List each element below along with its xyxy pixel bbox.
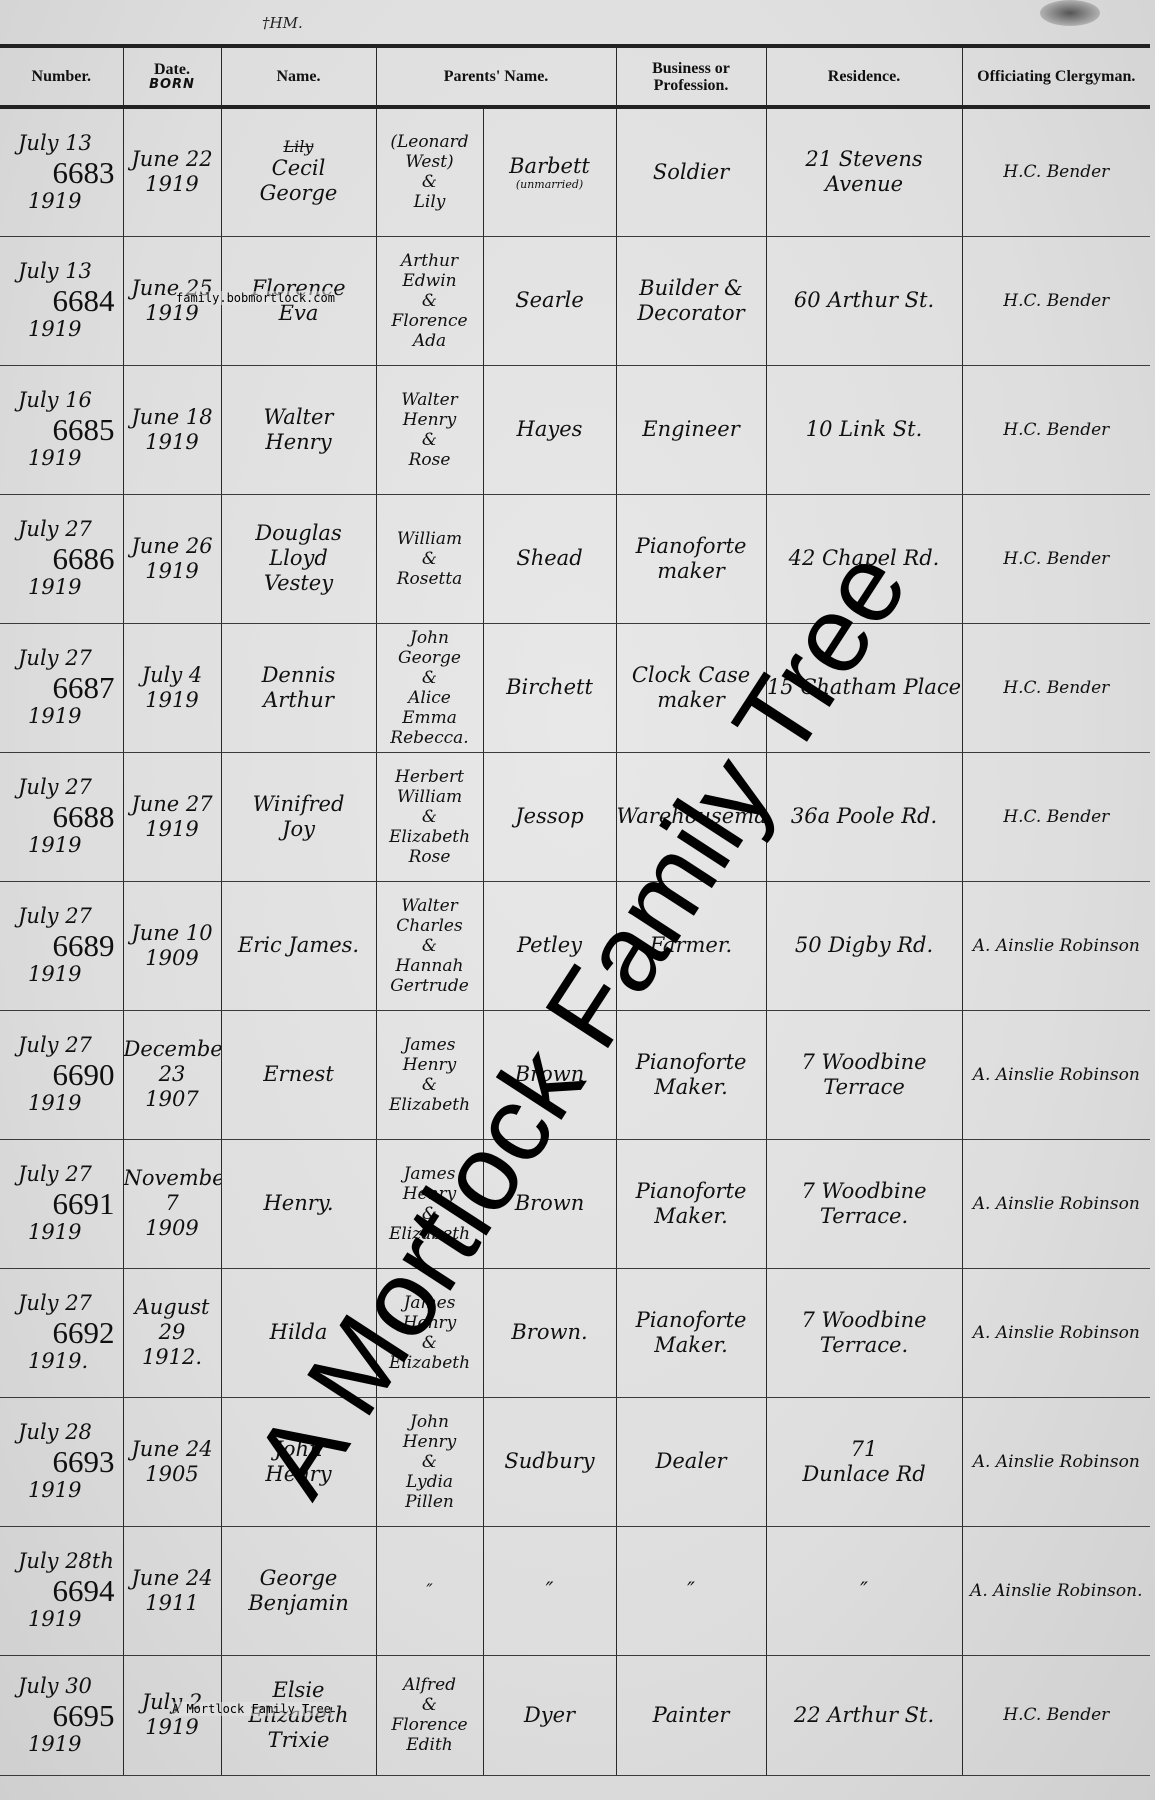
birth-year: 1905 bbox=[124, 1462, 221, 1487]
child-name-line: Dennis bbox=[222, 663, 376, 688]
child-name-cell: WalterHenry bbox=[221, 365, 376, 494]
clergyman-cell: H.C. Bender bbox=[962, 494, 1150, 623]
table-row: July 1366831919June 221919LilyCecilGeorg… bbox=[0, 107, 1150, 236]
parent-name-line: ″ bbox=[377, 1581, 483, 1601]
child-name-line: Trixie bbox=[222, 1728, 376, 1753]
birth-year: 1911 bbox=[124, 1591, 221, 1616]
registration-year: 1919 bbox=[18, 189, 123, 214]
birth-date-cell: June 271919 bbox=[123, 752, 221, 881]
birth-day: June 24 bbox=[124, 1566, 221, 1591]
registration-year: 1919 bbox=[18, 575, 123, 600]
parent-name-line: Henry bbox=[377, 1432, 483, 1452]
parent-name-line: Elizabeth bbox=[377, 1353, 483, 1373]
surname: Barbett bbox=[509, 154, 590, 178]
clergyman-name: A. Ainslie Robinson bbox=[973, 1452, 1140, 1472]
parent-name-line: Lydia bbox=[377, 1472, 483, 1492]
parent-name-line: & bbox=[377, 668, 483, 688]
child-name-cell: JohnHenry bbox=[221, 1397, 376, 1526]
parent-name-line: Florence bbox=[377, 311, 483, 331]
birth-date-cell: December 231907 bbox=[123, 1010, 221, 1139]
surname-cell: Hayes bbox=[483, 365, 616, 494]
clergyman-cell: A. Ainslie Robinson. bbox=[962, 1526, 1150, 1655]
profession-cell: PianoforteMaker. bbox=[616, 1139, 766, 1268]
profession-line: maker bbox=[617, 559, 766, 584]
clergyman-cell: H.C. Bender bbox=[962, 107, 1150, 236]
residence-line: Terrace. bbox=[767, 1333, 962, 1358]
entry-number: 6688 bbox=[18, 800, 123, 833]
residence-cell: 21 StevensAvenue bbox=[766, 107, 962, 236]
residence-line: 36a Poole Rd. bbox=[767, 804, 962, 829]
child-name-line: Douglas bbox=[222, 521, 376, 546]
birth-date-cell: June 241911 bbox=[123, 1526, 221, 1655]
profession-cell: Engineer bbox=[616, 365, 766, 494]
parent-name-line: Gertrude bbox=[377, 976, 483, 996]
header-number: Number. bbox=[0, 46, 123, 107]
entry-number-cell: July 28th66941919 bbox=[0, 1526, 123, 1655]
clergyman-name: H.C. Bender bbox=[1003, 807, 1109, 827]
parents-names-cell: JohnHenry&LydiaPillen bbox=[376, 1397, 483, 1526]
registration-date: July 27 bbox=[18, 1033, 123, 1058]
birth-day: August 29 bbox=[124, 1295, 221, 1345]
entry-number: 6686 bbox=[18, 542, 123, 575]
child-name-line: George bbox=[222, 1566, 376, 1591]
parent-name-line: Edwin bbox=[377, 271, 483, 291]
clergyman-cell: H.C. Bender bbox=[962, 365, 1150, 494]
parents-names-cell: WalterHenry&Rose bbox=[376, 365, 483, 494]
parent-name-line: & bbox=[377, 430, 483, 450]
parent-name-line: Elizabeth bbox=[377, 1224, 483, 1244]
parents-names-cell: WalterCharles&HannahGertrude bbox=[376, 881, 483, 1010]
profession-line: Builder & bbox=[617, 276, 766, 301]
child-name-line: Lloyd bbox=[222, 546, 376, 571]
child-name-line: Henry. bbox=[222, 1191, 376, 1216]
residence-line: 60 Arthur St. bbox=[767, 288, 962, 313]
parents-names-cell: (Leonard West)&Lily bbox=[376, 107, 483, 236]
parent-name-line: Alice bbox=[377, 688, 483, 708]
parent-name-line: Henry bbox=[377, 1055, 483, 1075]
child-name-cell: DouglasLloydVestey bbox=[221, 494, 376, 623]
profession-line: maker bbox=[617, 688, 766, 713]
birth-day: June 18 bbox=[124, 405, 221, 430]
registration-year: 1919 bbox=[18, 317, 123, 342]
registration-date: July 27 bbox=[18, 1291, 123, 1316]
surname-cell: Sudbury bbox=[483, 1397, 616, 1526]
residence-line: 15 Chatham Place bbox=[767, 675, 962, 700]
birth-day: June 27 bbox=[124, 792, 221, 817]
entry-number: 6683 bbox=[18, 156, 123, 189]
child-name-line: Henry bbox=[222, 430, 376, 455]
header-business: Business or Profession. bbox=[616, 46, 766, 107]
surname-cell: Birchett bbox=[483, 623, 616, 752]
parent-name-line: & bbox=[377, 291, 483, 311]
parent-name-line: & bbox=[377, 1452, 483, 1472]
struck-name: Lily bbox=[222, 138, 376, 156]
profession-cell: PianoforteMaker. bbox=[616, 1010, 766, 1139]
header-date: Date. BORN bbox=[123, 46, 221, 107]
parent-name-line: Edith bbox=[377, 1735, 483, 1755]
clergyman-name: A. Ainslie Robinson bbox=[973, 936, 1140, 956]
birth-date-cell: June 101909 bbox=[123, 881, 221, 1010]
table-row: July 2866931919June 241905JohnHenryJohnH… bbox=[0, 1397, 1150, 1526]
registration-year: 1919 bbox=[18, 1732, 123, 1757]
baptism-register-table: Number. Date. BORN Name. Parents' Name. … bbox=[0, 44, 1150, 1776]
residence-cell: 22 Arthur St. bbox=[766, 1655, 962, 1775]
profession-cell: Dealer bbox=[616, 1397, 766, 1526]
parent-name-line: George bbox=[377, 648, 483, 668]
birth-date-cell: June 221919 bbox=[123, 107, 221, 236]
registration-year: 1919 bbox=[18, 962, 123, 987]
profession-cell: PianoforteMaker. bbox=[616, 1268, 766, 1397]
header-name: Name. bbox=[221, 46, 376, 107]
birth-year: 1919 bbox=[124, 172, 221, 197]
entry-number: 6695 bbox=[18, 1699, 123, 1732]
table-row: July 2766921919.August 291912.HildaJames… bbox=[0, 1268, 1150, 1397]
registration-date: July 30 bbox=[18, 1674, 123, 1699]
clergyman-name: H.C. Bender bbox=[1003, 291, 1109, 311]
registration-date: July 27 bbox=[18, 646, 123, 671]
parent-name-line: Pillen bbox=[377, 1492, 483, 1512]
parent-name-line: & bbox=[377, 172, 483, 192]
table-row: July 2766911919November 71909Henry.James… bbox=[0, 1139, 1150, 1268]
birth-day: June 24 bbox=[124, 1437, 221, 1462]
surname: Dyer bbox=[524, 1703, 575, 1727]
parent-name-line: & bbox=[377, 1075, 483, 1095]
child-name-cell: LilyCecilGeorge bbox=[221, 107, 376, 236]
birth-day: June 22 bbox=[124, 147, 221, 172]
child-name-line: Winifred bbox=[222, 792, 376, 817]
entry-number-cell: July 1366841919 bbox=[0, 236, 123, 365]
clergyman-name: H.C. Bender bbox=[1003, 420, 1109, 440]
entry-number-cell: July 1366831919 bbox=[0, 107, 123, 236]
registration-date: July 13 bbox=[18, 131, 123, 156]
parent-name-line: Walter bbox=[377, 390, 483, 410]
surname-cell: Shead bbox=[483, 494, 616, 623]
clergyman-cell: A. Ainslie Robinson bbox=[962, 881, 1150, 1010]
parents-names-cell: JohnGeorge&AliceEmma Rebecca. bbox=[376, 623, 483, 752]
birth-year: 1907 bbox=[124, 1087, 221, 1112]
registration-date: July 27 bbox=[18, 775, 123, 800]
parent-name-line: Hannah bbox=[377, 956, 483, 976]
parents-names-cell: Alfred&FlorenceEdith bbox=[376, 1655, 483, 1775]
registration-date: July 27 bbox=[18, 1162, 123, 1187]
entry-number-cell: July 2766861919 bbox=[0, 494, 123, 623]
surname: Brown bbox=[515, 1062, 585, 1086]
registration-year: 1919 bbox=[18, 1607, 123, 1632]
birth-year: 1919 bbox=[124, 559, 221, 584]
parents-names-cell: JamesHenry&Elizabeth bbox=[376, 1139, 483, 1268]
surname-cell: ″ bbox=[483, 1526, 616, 1655]
residence-line: 42 Chapel Rd. bbox=[767, 546, 962, 571]
surname: Brown bbox=[515, 1191, 585, 1215]
entry-number-cell: July 2866931919 bbox=[0, 1397, 123, 1526]
profession-line: Maker. bbox=[617, 1333, 766, 1358]
birth-day: November 7 bbox=[124, 1166, 221, 1216]
profession-line: Farmer. bbox=[617, 933, 766, 958]
birth-date-cell: June 261919 bbox=[123, 494, 221, 623]
residence-cell: 7 WoodbineTerrace bbox=[766, 1010, 962, 1139]
child-name-line: Vestey bbox=[222, 571, 376, 596]
table-row: July 2766871919July 41919DennisArthurJoh… bbox=[0, 623, 1150, 752]
registration-date: July 28 bbox=[18, 1420, 123, 1445]
entry-number-cell: July 2766921919. bbox=[0, 1268, 123, 1397]
clergyman-cell: H.C. Bender bbox=[962, 623, 1150, 752]
clergyman-cell: H.C. Bender bbox=[962, 1655, 1150, 1775]
parent-name-line: Rose bbox=[377, 450, 483, 470]
entry-number-cell: July 2766911919 bbox=[0, 1139, 123, 1268]
residence-cell: 7 WoodbineTerrace. bbox=[766, 1139, 962, 1268]
residence-cell: 36a Poole Rd. bbox=[766, 752, 962, 881]
profession-line: Maker. bbox=[617, 1204, 766, 1229]
parent-name-line: Henry bbox=[377, 1184, 483, 1204]
child-name-line: Eric James. bbox=[222, 933, 376, 958]
registration-year: 1919 bbox=[18, 1220, 123, 1245]
child-name-cell: Hilda bbox=[221, 1268, 376, 1397]
entry-number: 6692 bbox=[18, 1316, 123, 1349]
parent-name-line: John bbox=[377, 628, 483, 648]
profession-line: ″ bbox=[617, 1578, 766, 1603]
parent-name-line: James bbox=[377, 1035, 483, 1055]
surname-cell: Barbett(unmarried) bbox=[483, 107, 616, 236]
registration-date: July 27 bbox=[18, 904, 123, 929]
surname: Sudbury bbox=[504, 1449, 594, 1473]
surname: Jessop bbox=[515, 804, 584, 828]
birth-day: December 23 bbox=[124, 1037, 221, 1087]
child-name-line: Hilda bbox=[222, 1320, 376, 1345]
birth-year: 1919 bbox=[124, 688, 221, 713]
birth-year: 1909 bbox=[124, 1216, 221, 1241]
child-name-cell: DennisArthur bbox=[221, 623, 376, 752]
residence-line: Terrace. bbox=[767, 1204, 962, 1229]
clergyman-name: A. Ainslie Robinson. bbox=[970, 1581, 1142, 1601]
clergyman-cell: A. Ainslie Robinson bbox=[962, 1268, 1150, 1397]
profession-line: Pianoforte bbox=[617, 1308, 766, 1333]
birth-date-cell: November 71909 bbox=[123, 1139, 221, 1268]
profession-cell: Pianofortemaker bbox=[616, 494, 766, 623]
entry-number: 6689 bbox=[18, 929, 123, 962]
child-name-line: Benjamin bbox=[222, 1591, 376, 1616]
parent-name-line: & bbox=[377, 936, 483, 956]
parent-name-line: John bbox=[377, 1412, 483, 1432]
surname: Searle bbox=[515, 288, 584, 312]
parents-names-cell: ArthurEdwin&FlorenceAda bbox=[376, 236, 483, 365]
surname-cell: Brown bbox=[483, 1139, 616, 1268]
birth-date-cell: June 241905 bbox=[123, 1397, 221, 1526]
residence-cell: 7 WoodbineTerrace. bbox=[766, 1268, 962, 1397]
profession-cell: Painter bbox=[616, 1655, 766, 1775]
birth-year: 1919 bbox=[124, 817, 221, 842]
profession-cell: Builder &Decorator bbox=[616, 236, 766, 365]
child-name-line: Walter bbox=[222, 405, 376, 430]
page-mark: †HM. bbox=[262, 14, 303, 32]
table-row: July 2766891919June 101909Eric James.Wal… bbox=[0, 881, 1150, 1010]
profession-cell: Warehouseman bbox=[616, 752, 766, 881]
clergyman-name: A. Ainslie Robinson bbox=[973, 1323, 1140, 1343]
site-url-overlay: family.bobmortlock.com bbox=[176, 291, 335, 305]
clergyman-name: A. Ainslie Robinson bbox=[973, 1194, 1140, 1214]
profession-cell: ″ bbox=[616, 1526, 766, 1655]
registration-year: 1919 bbox=[18, 1478, 123, 1503]
surname: Brown. bbox=[511, 1320, 587, 1344]
profession-line: Decorator bbox=[617, 301, 766, 326]
residence-cell: 71Dunlace Rd bbox=[766, 1397, 962, 1526]
clergyman-name: H.C. Bender bbox=[1003, 678, 1109, 698]
parents-names-cell: JamesHenry&Elizabeth bbox=[376, 1268, 483, 1397]
child-name-line: Henry bbox=[222, 1462, 376, 1487]
parent-name-line: Elizabeth bbox=[377, 1095, 483, 1115]
profession-line: Pianoforte bbox=[617, 1179, 766, 1204]
parent-name-line: & bbox=[377, 549, 483, 569]
parent-name-line: Henry bbox=[377, 410, 483, 430]
entry-number-cell: July 2766891919 bbox=[0, 881, 123, 1010]
child-name-cell: Ernest bbox=[221, 1010, 376, 1139]
parents-names-cell: HerbertWilliam&ElizabethRose bbox=[376, 752, 483, 881]
header-residence: Residence. bbox=[766, 46, 962, 107]
footer-overlay: A Mortlock Family Tree bbox=[172, 1702, 331, 1716]
parent-name-line: Emma Rebecca. bbox=[377, 708, 483, 748]
parent-name-line: Florence bbox=[377, 1715, 483, 1735]
profession-line: Dealer bbox=[617, 1449, 766, 1474]
surname: Birchett bbox=[506, 675, 593, 699]
birth-day: June 10 bbox=[124, 921, 221, 946]
entry-number: 6691 bbox=[18, 1187, 123, 1220]
profession-line: Maker. bbox=[617, 1075, 766, 1100]
profession-line: Soldier bbox=[617, 160, 766, 185]
parent-name-line: (Leonard West) bbox=[377, 132, 483, 172]
residence-line: 10 Link St. bbox=[767, 417, 962, 442]
registration-date: July 13 bbox=[18, 259, 123, 284]
clergyman-cell: H.C. Bender bbox=[962, 752, 1150, 881]
residence-line: 22 Arthur St. bbox=[767, 1703, 962, 1728]
residence-line: 7 Woodbine bbox=[767, 1050, 962, 1075]
parent-name-line: & bbox=[377, 1333, 483, 1353]
child-name-cell: Henry. bbox=[221, 1139, 376, 1268]
table-row: July 2766881919June 271919WinifredJoyHer… bbox=[0, 752, 1150, 881]
profession-line: Pianoforte bbox=[617, 1050, 766, 1075]
child-name-cell: WinifredJoy bbox=[221, 752, 376, 881]
clergyman-cell: A. Ainslie Robinson bbox=[962, 1139, 1150, 1268]
entry-number: 6685 bbox=[18, 413, 123, 446]
entry-number: 6687 bbox=[18, 671, 123, 704]
registration-date: July 16 bbox=[18, 388, 123, 413]
surname: ″ bbox=[546, 1578, 554, 1602]
parent-name-line: & bbox=[377, 1695, 483, 1715]
surname-cell: Jessop bbox=[483, 752, 616, 881]
birth-date-cell: August 291912. bbox=[123, 1268, 221, 1397]
parents-names-cell: William&Rosetta bbox=[376, 494, 483, 623]
residence-line: ″ bbox=[767, 1578, 962, 1603]
residence-line: 50 Digby Rd. bbox=[767, 933, 962, 958]
child-name-line: George bbox=[222, 181, 376, 206]
child-name-line: Joy bbox=[222, 817, 376, 842]
child-name-cell: GeorgeBenjamin bbox=[221, 1526, 376, 1655]
ink-stain bbox=[1040, 0, 1100, 26]
birth-date-cell: July 41919 bbox=[123, 623, 221, 752]
clergyman-name: H.C. Bender bbox=[1003, 162, 1109, 182]
table-row: July 2766901919December 231907ErnestJame… bbox=[0, 1010, 1150, 1139]
parent-name-line: James bbox=[377, 1293, 483, 1313]
parent-name-line: Walter bbox=[377, 896, 483, 916]
child-name-line: Arthur bbox=[222, 688, 376, 713]
surname: Petley bbox=[517, 933, 582, 957]
registration-date: July 28th bbox=[18, 1549, 123, 1574]
profession-cell: Farmer. bbox=[616, 881, 766, 1010]
registration-year: 1919 bbox=[18, 704, 123, 729]
header-row: Number. Date. BORN Name. Parents' Name. … bbox=[0, 46, 1150, 107]
clergyman-name: A. Ainslie Robinson bbox=[973, 1065, 1140, 1085]
child-name-line: John bbox=[222, 1437, 376, 1462]
birth-date-cell: June 181919 bbox=[123, 365, 221, 494]
profession-cell: Clock Casemaker bbox=[616, 623, 766, 752]
table-row: July 28th66941919June 241911GeorgeBenjam… bbox=[0, 1526, 1150, 1655]
entry-number: 6690 bbox=[18, 1058, 123, 1091]
residence-line: 7 Woodbine bbox=[767, 1308, 962, 1333]
surname-cell: Dyer bbox=[483, 1655, 616, 1775]
profession-line: Engineer bbox=[617, 417, 766, 442]
child-name-line: Ernest bbox=[222, 1062, 376, 1087]
profession-line: Pianoforte bbox=[617, 534, 766, 559]
residence-line: 21 Stevens bbox=[767, 147, 962, 172]
birth-day: July 4 bbox=[124, 663, 221, 688]
entry-number: 6684 bbox=[18, 284, 123, 317]
residence-cell: 42 Chapel Rd. bbox=[766, 494, 962, 623]
parent-name-line: Elizabeth bbox=[377, 827, 483, 847]
profession-cell: Soldier bbox=[616, 107, 766, 236]
header-date-annotation: BORN bbox=[124, 76, 221, 93]
surname: Hayes bbox=[517, 417, 583, 441]
profession-line: Clock Case bbox=[617, 663, 766, 688]
parent-name-line: Alfred bbox=[377, 1675, 483, 1695]
registration-date: July 27 bbox=[18, 517, 123, 542]
parent-name-line: Herbert bbox=[377, 767, 483, 787]
birth-year: 1919 bbox=[124, 1715, 221, 1740]
parents-names-cell: JamesHenry&Elizabeth bbox=[376, 1010, 483, 1139]
parent-name-line: William bbox=[377, 529, 483, 549]
parent-name-line: James bbox=[377, 1164, 483, 1184]
header-date-label: Date. bbox=[154, 61, 190, 78]
clergyman-cell: H.C. Bender bbox=[962, 236, 1150, 365]
residence-cell: 15 Chatham Place bbox=[766, 623, 962, 752]
residence-line: Dunlace Rd bbox=[767, 1462, 962, 1487]
birth-year: 1909 bbox=[124, 946, 221, 971]
registration-year: 1919 bbox=[18, 446, 123, 471]
table-row: July 2766861919June 261919DouglasLloydVe… bbox=[0, 494, 1150, 623]
clergyman-cell: A. Ainslie Robinson bbox=[962, 1397, 1150, 1526]
parent-name-line: Henry bbox=[377, 1313, 483, 1333]
parent-name-line: & bbox=[377, 1204, 483, 1224]
parent-name-line: Lily bbox=[377, 192, 483, 212]
parent-name-line: Charles bbox=[377, 916, 483, 936]
entry-number-cell: July 2766881919 bbox=[0, 752, 123, 881]
parent-name-line: & bbox=[377, 807, 483, 827]
birth-day: June 26 bbox=[124, 534, 221, 559]
clergyman-name: H.C. Bender bbox=[1003, 549, 1109, 569]
parent-name-line: Ada bbox=[377, 331, 483, 351]
table-row: July 1666851919June 181919WalterHenryWal… bbox=[0, 365, 1150, 494]
surname-cell: Brown bbox=[483, 1010, 616, 1139]
surname-cell: Searle bbox=[483, 236, 616, 365]
registration-year: 1919. bbox=[18, 1349, 123, 1374]
residence-line: 7 Woodbine bbox=[767, 1179, 962, 1204]
parent-name-line: Arthur bbox=[377, 251, 483, 271]
residence-cell: 50 Digby Rd. bbox=[766, 881, 962, 1010]
register-page: †HM. Number. Date. BORN Name. Parents' N… bbox=[0, 0, 1155, 1800]
clergyman-name: H.C. Bender bbox=[1003, 1705, 1109, 1725]
child-name-line: Cecil bbox=[222, 156, 376, 181]
profession-line: Warehouseman bbox=[617, 804, 766, 829]
residence-cell: 10 Link St. bbox=[766, 365, 962, 494]
registration-year: 1919 bbox=[18, 1091, 123, 1116]
residence-cell: 60 Arthur St. bbox=[766, 236, 962, 365]
